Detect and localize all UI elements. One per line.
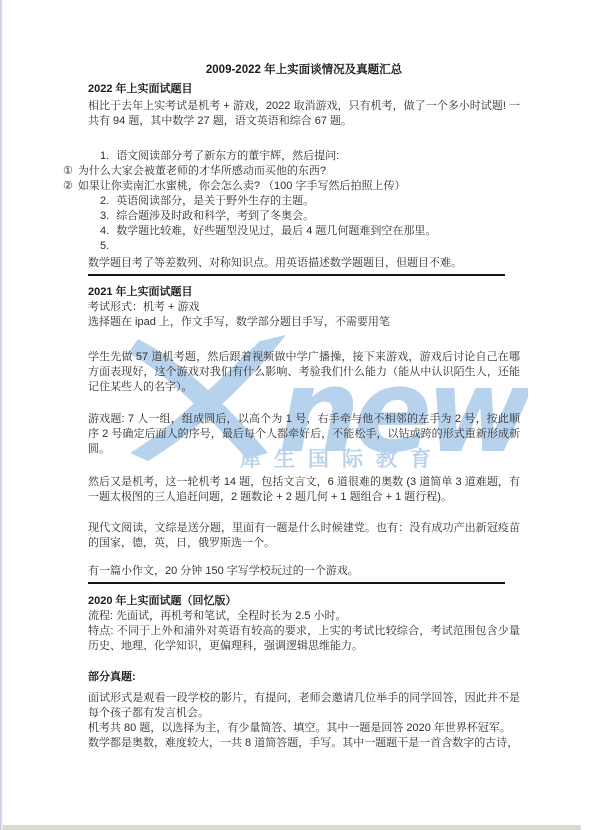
line-2021-format: 考试形式：机考 + 游戏 (88, 300, 520, 315)
section-divider (88, 582, 505, 584)
list-2022: 1. 语文阅读部分考了新东方的董宇辉，然后提问: ① 为什么大家会被董老师的才华… (63, 149, 520, 254)
list-item-marker: 2. (100, 194, 109, 209)
paragraph-2021-5: 有一篇小作文，20 分钟 150 字写学校玩过的一个游戏。 (88, 564, 520, 579)
line-2020-math: 数学都是奥数，难度较大，一共 8 道简答题，手写。其中一题题干是一首含数字的古诗… (88, 736, 520, 751)
list-item: 3. 综合题涉及时政和科学，考到了冬奥会。 (100, 209, 520, 224)
document-title: 2009-2022 年上实面谈情况及真题汇总 (88, 63, 520, 78)
page-bottom-edge (3, 825, 581, 830)
list-item: 5. (100, 239, 520, 254)
section-divider (88, 274, 505, 276)
list-item-text: 如果让你卖南汇水蜜桃，你会怎么卖? （100 字手写然后拍照上传） (78, 179, 406, 194)
heading-2021: 2021 年上实面试题目 (88, 285, 520, 300)
list-item: ① 为什么大家会被董老师的才华所感动而买他的东西? (63, 164, 520, 179)
list-item-marker: 1. (100, 149, 109, 164)
list-item-marker: 5. (100, 239, 109, 254)
list-item-marker: ② (63, 179, 73, 194)
paragraph-2021-2: 游戏题: 7 人一组，组成圆后，以高个为 1 号，右手牵与他不相邻的左手为 2 … (88, 412, 520, 457)
list-item: ② 如果让你卖南汇水蜜桃，你会怎么卖? （100 字手写然后拍照上传） (63, 179, 520, 194)
paragraph-2022-outro: 数学题目考了等差数列、对称知识点。用英语描述数学题题目，但题目不难。 (88, 256, 520, 271)
document-content: 2009-2022 年上实面谈情况及真题汇总 2022 年上实面试题目 相比于去… (63, 63, 520, 751)
list-item-marker: 3. (100, 209, 109, 224)
list-item-text: 英语阅读部分，是关于野外生存的主题。 (116, 194, 314, 209)
line-2021-medium: 选择题在 ipad 上，作文手写，数学部分题目手写，不需要用笔 (88, 315, 520, 330)
paragraph-2021-4: 现代文阅读，文综是送分题，里面有一题是什么时候建党。也有：没有成功产出新冠疫苗的… (88, 521, 520, 551)
list-item-marker: ① (63, 164, 73, 179)
list-item-text: 为什么大家会被董老师的才华所感动而买他的东西? (78, 164, 326, 179)
line-2020-computer-test: 机考共 80 题，以选择为主，有少量简答、填空。其中一题是回答 2020 年世界… (88, 721, 520, 736)
list-item: 2. 英语阅读部分，是关于野外生存的主题。 (100, 194, 520, 209)
line-2020-process: 流程: 先面试，再机考和笔试，全程时长为 2.5 小时。 (88, 609, 520, 624)
list-item: 4. 数学题比较难，好些题型没见过，最后 4 题几何题难到空在那里。 (100, 224, 520, 239)
list-item-text: 数学题比较难，好些题型没见过，最后 4 题几何题难到空在那里。 (116, 224, 436, 239)
document-page: new 犀生国际教育 2009-2022 年上实面谈情况及真题汇总 2022 年… (0, 0, 590, 830)
list-item-text: 语文阅读部分考了新东方的董宇辉，然后提问: (116, 149, 339, 164)
page-left-edge (0, 0, 3, 830)
paragraph-2022-intro: 相比于去年上实考试是机考 + 游戏，2022 取消游戏，只有机考，做了一个多小时… (88, 99, 520, 129)
paragraph-2020-interview: 面试形式是观看一段学校的影片，有提问，老师会邀请几位举手的同学回答，因此并不是每… (88, 691, 520, 721)
list-item-text: 综合题涉及时政和科学，考到了冬奥会。 (116, 209, 314, 224)
paragraph-2020-features: 特点: 不同于上外和浦外对英语有较高的要求，上实的考试比较综合，考试范围包含少量… (88, 624, 520, 654)
subheading-2020-questions: 部分真题: (88, 670, 520, 685)
heading-2022: 2022 年上实面试题目 (88, 82, 520, 97)
heading-2020: 2020 年上实面试题（回忆版） (88, 594, 520, 609)
paragraph-2021-1: 学生先做 57 道机考题，然后跟着视频做中学广播操，接下来游戏，游戏后讨论自己在… (88, 350, 520, 395)
list-item: 1. 语文阅读部分考了新东方的董宇辉，然后提问: (100, 149, 520, 164)
list-item-marker: 4. (100, 224, 109, 239)
paragraph-2021-3: 然后又是机考，这一轮机考 14 题，包括文言文，6 道很难的奥数 (3 道简单 … (88, 475, 520, 505)
